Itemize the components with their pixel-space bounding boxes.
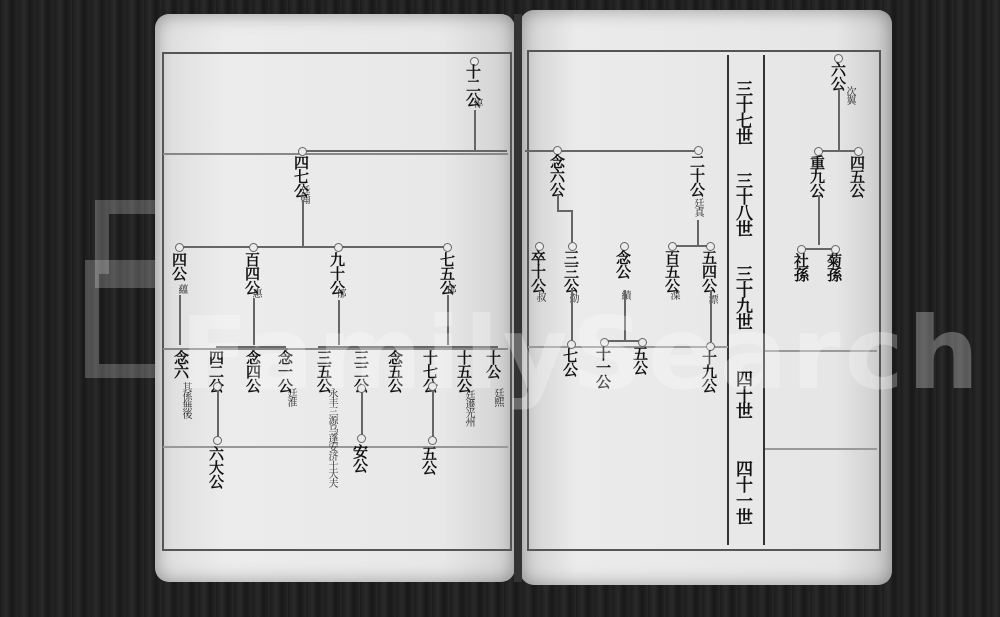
person-note: 郁 [444, 284, 455, 293]
lineage-line [818, 195, 820, 245]
person-name: 六大公 [208, 446, 224, 488]
person-name: 二十公 [689, 154, 705, 196]
lineage-line [178, 246, 448, 248]
generation-label: 三十七世 [733, 80, 751, 144]
generation-label: 四十一世 [733, 460, 751, 524]
person-name: 五公 [421, 446, 437, 474]
person-note: 惇 [471, 98, 482, 107]
person-name: 念六公 [549, 154, 565, 196]
node-ring [249, 243, 258, 252]
lineage-line [557, 210, 571, 212]
person-name: 四公 [171, 252, 187, 280]
person-name: 四五公 [849, 155, 865, 197]
person-name: 卒十公 [530, 250, 546, 292]
lineage-line [525, 150, 700, 152]
person-name: 重九公 [809, 155, 825, 197]
lineage-line [697, 220, 699, 245]
row-guide [765, 448, 877, 450]
lineage-line [474, 110, 476, 150]
lineage-line [557, 195, 559, 210]
person-note: 蘊 [176, 284, 187, 293]
lineage-line [672, 245, 710, 247]
node-ring [428, 436, 437, 445]
node-ring [357, 434, 366, 443]
person-name: 五四公 [701, 250, 717, 292]
person-name: 菊孫 [826, 253, 842, 281]
node-ring [213, 436, 222, 445]
lineage-line [571, 210, 573, 245]
lineage-line [838, 90, 840, 150]
person-name: 念公 [615, 250, 631, 278]
lineage-line [302, 200, 304, 246]
person-name: 三三公 [563, 250, 579, 292]
person-note: 廷翰 [298, 185, 309, 203]
node-ring [443, 243, 452, 252]
node-ring [175, 243, 184, 252]
lineage-line [302, 150, 507, 152]
person-note: 次翼 [844, 86, 855, 104]
person-note: 廷真 [692, 198, 703, 216]
generation-label: 三十八世 [733, 172, 751, 236]
row-guide [163, 153, 508, 155]
node-ring [334, 243, 343, 252]
person-name: 社孫 [793, 253, 809, 281]
watermark-text: FamilySearch [180, 295, 983, 412]
person-name: 安公 [352, 444, 368, 472]
person-name: 百五公 [664, 250, 680, 292]
